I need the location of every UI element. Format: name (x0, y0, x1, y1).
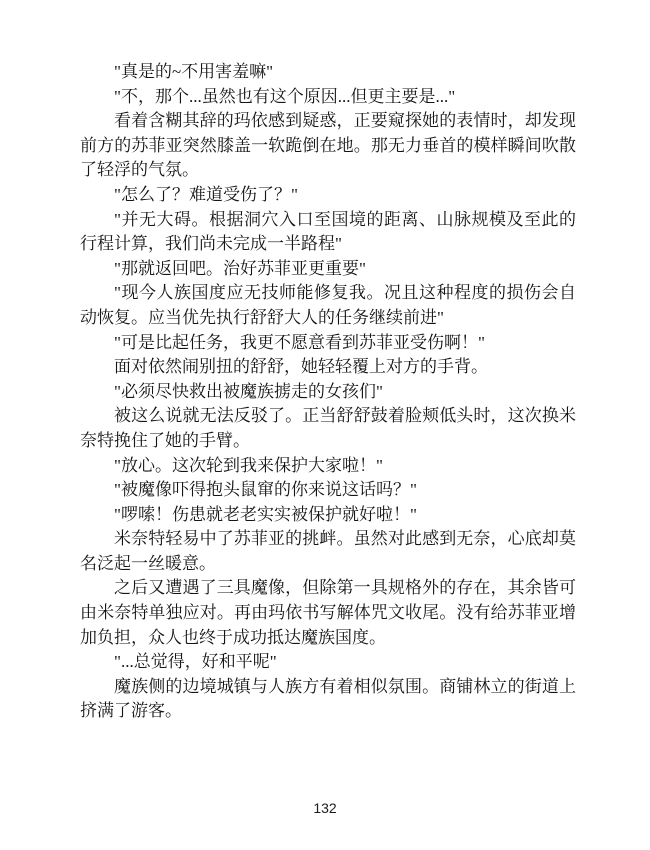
paragraph: 之后又遭遇了三具魔像，但除第一具规格外的存在，其余皆可由米奈特单独应对。再由玛依… (80, 576, 576, 650)
paragraph: "那就返回吧。治好苏菲亚更重要" (80, 257, 576, 282)
paragraph: "可是比起任务，我更不愿意看到苏菲亚受伤啊！" (80, 331, 576, 356)
paragraph: "啰嗦！伤患就老老实实被保护就好啦！" (80, 503, 576, 528)
paragraph: "并无大碍。根据洞穴入口至国境的距离、山脉规模及至此的行程计算，我们尚未完成一半… (80, 208, 576, 257)
paragraph: "放心。这次轮到我来保护大家啦！" (80, 454, 576, 479)
paragraph: "必须尽快救出被魔族掳走的女孩们" (80, 380, 576, 405)
paragraph: "不，那个...虽然也有这个原因...但更主要是..." (80, 85, 576, 110)
paragraph: 被这么说就无法反驳了。正当舒舒鼓着脸颊低头时，这次换米奈特挽住了她的手臂。 (80, 404, 576, 453)
ebook-page: "真是的~不用害羞嘛""不，那个...虽然也有这个原因...但更主要是..."看… (0, 0, 650, 850)
paragraph: 魔族侧的边境城镇与人族方有着相似氛围。商铺林立的街道上挤满了游客。 (80, 675, 576, 724)
paragraph: 面对依然闹别扭的舒舒，她轻轻覆上对方的手背。 (80, 355, 576, 380)
text-body: "真是的~不用害羞嘛""不，那个...虽然也有这个原因...但更主要是..."看… (80, 60, 576, 724)
paragraph: "被魔像吓得抱头鼠窜的你来说这话吗？" (80, 478, 576, 503)
paragraph: "怎么了？难道受伤了？" (80, 183, 576, 208)
paragraph: "...总觉得，好和平呢" (80, 650, 576, 675)
paragraph: 米奈特轻易中了苏菲亚的挑衅。虽然对此感到无奈，心底却莫名泛起一丝暖意。 (80, 527, 576, 576)
paragraph: "现今人族国度应无技师能修复我。况且这种程度的损伤会自动恢复。应当优先执行舒舒大… (80, 281, 576, 330)
paragraph: "真是的~不用害羞嘛" (80, 60, 576, 85)
paragraph: 看着含糊其辞的玛依感到疑惑，正要窥探她的表情时，却发现前方的苏菲亚突然膝盖一软跪… (80, 109, 576, 183)
page-number: 132 (0, 800, 650, 816)
